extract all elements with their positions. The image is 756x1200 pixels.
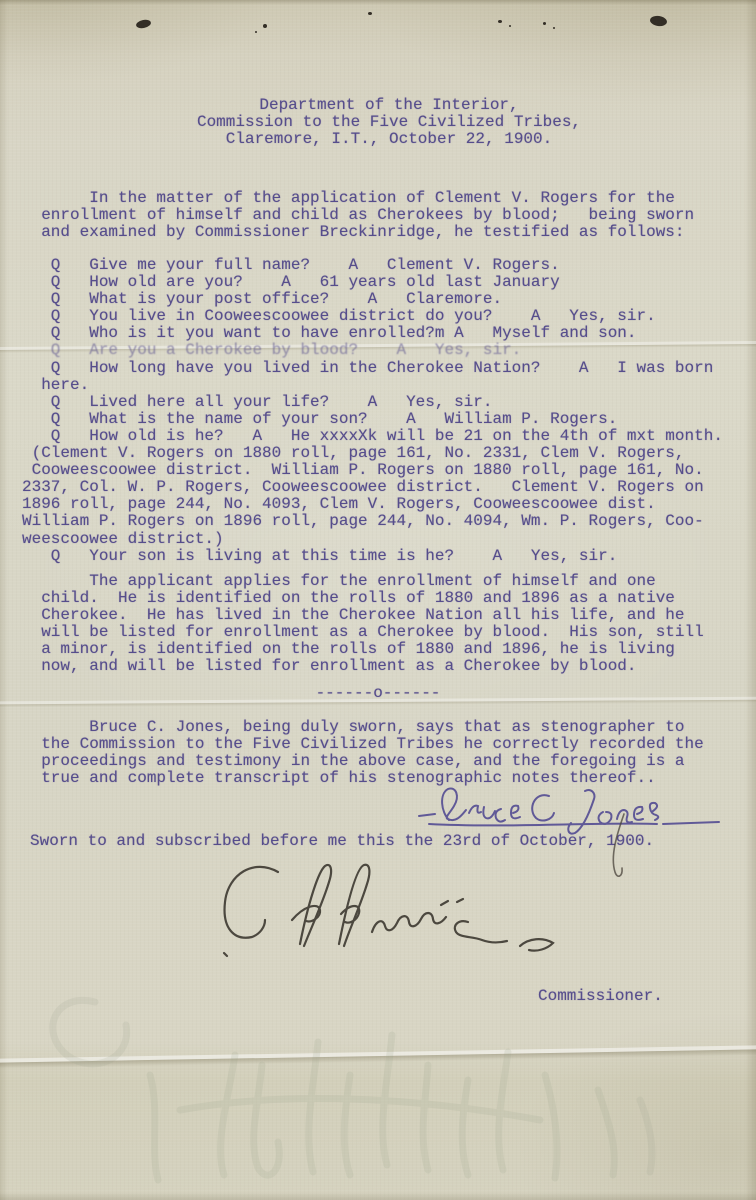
finding-paragraph: The applicant applies for the enrollment…	[22, 573, 704, 676]
testimony-line: Q How long have you lived in the Cheroke…	[22, 360, 723, 377]
finding-line: child. He is identified on the rolls of …	[22, 590, 704, 607]
stenographer-paragraph: Bruce C. Jones, being duly sworn, says t…	[22, 719, 704, 787]
testimony-line: Q Your son is living at this time is he?…	[22, 548, 723, 565]
testimony-line: Q Are you a Cherokee by blood? A Yes, si…	[22, 342, 723, 359]
finding-line: The applicant applies for the enrollment…	[22, 573, 704, 590]
ink-speck	[553, 27, 555, 29]
testimony-line: Q How old is he? A He xxxxXk will be 21 …	[22, 428, 723, 445]
ink-speck	[368, 12, 372, 15]
testimony-line: Q Who is it you want to have enrolled?m …	[22, 325, 723, 342]
ink-speck	[543, 22, 546, 25]
ink-speck	[649, 15, 667, 27]
sworn-line: Sworn to and subscribed before me this t…	[30, 833, 654, 850]
testimony-line: 2337, Col. W. P. Rogers, Cooweescoowee d…	[22, 479, 723, 496]
testimony-line: (Clement V. Rogers on 1880 roll, page 16…	[22, 445, 723, 462]
stenographer-line: proceedings and testimony in the above c…	[22, 753, 704, 770]
testimony-line: Q What is your post office? A Claremore.	[22, 291, 723, 308]
testimony-block: Q Give me your full name? A Clement V. R…	[22, 257, 723, 565]
testimony-line: Q What is the name of your son? A Willia…	[22, 411, 723, 428]
document-page: Department of the Interior,Commission to…	[0, 0, 756, 1200]
stenographer-line: the Commission to the Five Civilized Tri…	[22, 736, 704, 753]
finding-line: a minor, is identified on the rolls of 1…	[22, 641, 704, 658]
ink-speck	[263, 24, 267, 28]
letterhead-line: Department of the Interior,	[22, 97, 756, 114]
finding-line: now, and will be listed for enrollment a…	[22, 658, 704, 675]
testimony-line: 1896 roll, page 244, No. 4093, Clem V. R…	[22, 496, 723, 513]
intro-line: enrollment of himself and child as Chero…	[22, 207, 694, 224]
ghost-writing	[0, 980, 756, 1200]
testimony-line: Q You live in Cooweescoowee district do …	[22, 308, 723, 325]
letterhead-line: Claremore, I.T., October 22, 1900.	[22, 131, 756, 148]
commissioner-signature	[198, 856, 598, 964]
finding-line: Cherokee. He has lived in the Cherokee N…	[22, 607, 704, 624]
testimony-line: Q Lived here all your life? A Yes, sir.	[22, 394, 723, 411]
testimony-line: Cooweescoowee district. William P. Roger…	[22, 462, 723, 479]
letterhead-line: Commission to the Five Civilized Tribes,	[22, 114, 756, 131]
stenographer-line: Bruce C. Jones, being duly sworn, says t…	[22, 719, 704, 736]
page-edge	[0, 0, 756, 5]
ink-speck	[135, 19, 151, 30]
ink-speck	[255, 31, 257, 33]
intro-line: and examined by Commissioner Breckinridg…	[22, 224, 694, 241]
testimony-line: weescoowee district.)	[22, 531, 723, 548]
intro-line: In the matter of the application of Clem…	[22, 190, 694, 207]
testimony-line: Q Give me your full name? A Clement V. R…	[22, 257, 723, 274]
letterhead: Department of the Interior,Commission to…	[22, 97, 756, 148]
finding-line: will be listed for enrollment as a Chero…	[22, 624, 704, 641]
ink-speck	[498, 20, 502, 23]
testimony-line: William P. Rogers on 1896 roll, page 244…	[22, 513, 723, 530]
testimony-line: here.	[22, 377, 723, 394]
testimony-line: Q How old are you? A 61 years old last J…	[22, 274, 723, 291]
ink-speck	[509, 25, 511, 27]
section-divider: ------o------	[0, 685, 756, 702]
pen-stroke	[606, 812, 630, 884]
intro-paragraph: In the matter of the application of Clem…	[22, 190, 694, 241]
